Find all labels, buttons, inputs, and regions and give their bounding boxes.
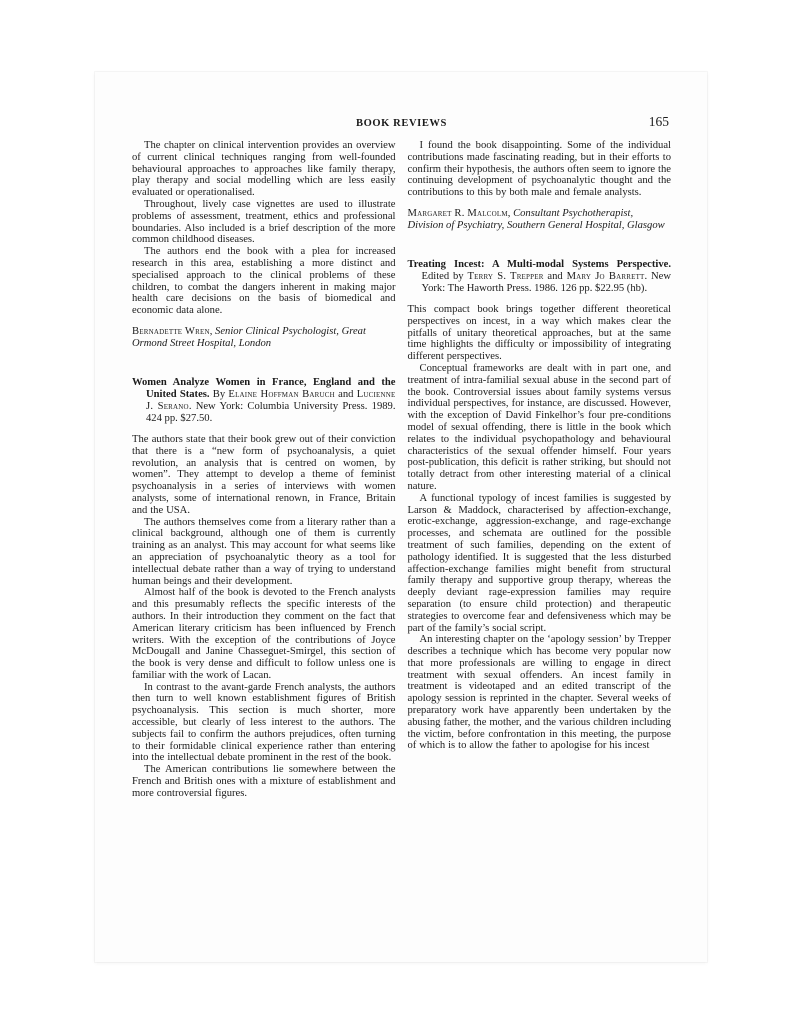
journal-page: BOOK REVIEWS 165 The chapter on clinical… xyxy=(95,72,707,962)
citation-and: and xyxy=(335,389,357,400)
paragraph: The authors themselves come from a liter… xyxy=(132,517,396,588)
page-number: 165 xyxy=(649,114,669,130)
paragraph: The authors end the book with a plea for… xyxy=(132,246,396,317)
paragraph: An interesting chapter on the ‘apology s… xyxy=(408,634,672,752)
citation-by: By xyxy=(210,389,229,400)
running-head: BOOK REVIEWS 165 xyxy=(132,118,671,132)
paragraph: Throughout, lively case vignettes are us… xyxy=(132,199,396,246)
citation-and: and xyxy=(544,271,567,282)
paragraph: This compact book brings together differ… xyxy=(408,304,672,363)
scan-canvas: BOOK REVIEWS 165 The chapter on clinical… xyxy=(0,0,800,1036)
reviewer-signature: Margaret R. Malcolm, Consultant Psychoth… xyxy=(408,208,672,232)
citation-by: Edited by xyxy=(422,271,468,282)
left-column: The chapter on clinical intervention pro… xyxy=(132,140,396,800)
right-column: I found the book disappointing. Some of … xyxy=(408,140,672,800)
paragraph: Conceptual frameworks are dealt with in … xyxy=(408,363,672,493)
paragraph: The authors state that their book grew o… xyxy=(132,434,396,517)
paragraph: The American contributions lie somewhere… xyxy=(132,764,396,799)
paragraph: I found the book disappointing. Some of … xyxy=(408,140,672,199)
book-author: Terry S. Trepper xyxy=(467,271,543,282)
reviewer-name: Bernadette Wren xyxy=(132,326,210,337)
paragraph: Almost half of the book is devoted to th… xyxy=(132,587,396,681)
book-title: Treating Incest: A Multi-modal Systems P… xyxy=(408,259,672,270)
book-author: Elaine Hoffman Baruch xyxy=(228,389,335,400)
paragraph: A functional typology of incest families… xyxy=(408,493,672,635)
book-reviews-title: BOOK REVIEWS xyxy=(132,118,671,129)
book-citation: Treating Incest: A Multi-modal Systems P… xyxy=(408,259,672,295)
paragraph: In contrast to the avant-garde French an… xyxy=(132,682,396,765)
paragraph: The chapter on clinical intervention pro… xyxy=(132,140,396,199)
reviewer-name: Margaret R. Malcolm xyxy=(408,208,508,219)
two-column-layout: The chapter on clinical intervention pro… xyxy=(132,140,671,800)
book-author: Mary Jo Barrett xyxy=(567,271,645,282)
reviewer-signature: Bernadette Wren, Senior Clinical Psychol… xyxy=(132,326,396,350)
book-citation: Women Analyze Women in France, England a… xyxy=(132,377,396,425)
